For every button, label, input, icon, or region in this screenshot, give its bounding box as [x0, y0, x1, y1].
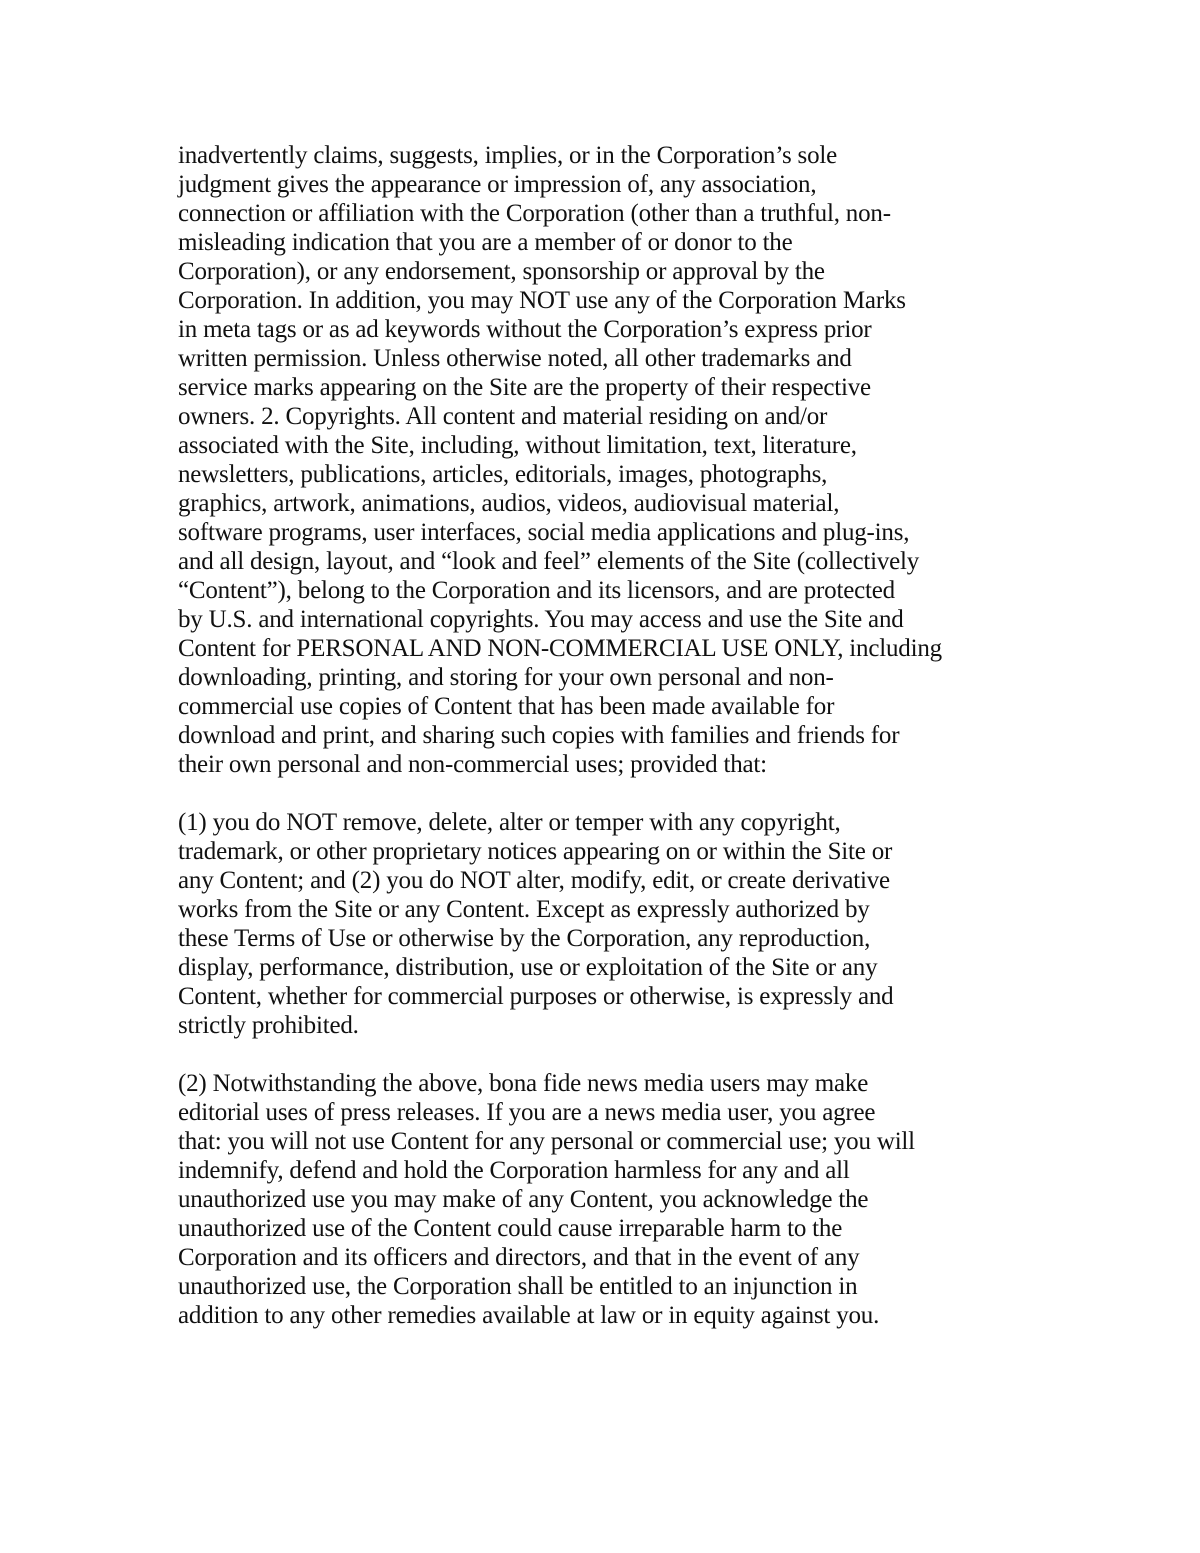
text-line: their own personal and non-commercial us… [178, 750, 1028, 779]
text-line: newsletters, publications, articles, edi… [178, 460, 1028, 489]
text-line: editorial uses of press releases. If you… [178, 1098, 1028, 1127]
text-line: “Content”), belong to the Corporation an… [178, 576, 1028, 605]
document-page: inadvertently claims, suggests, implies,… [178, 141, 1028, 1330]
text-line: misleading indication that you are a mem… [178, 228, 1028, 257]
text-line: that: you will not use Content for any p… [178, 1127, 1028, 1156]
text-line: any Content; and (2) you do NOT alter, m… [178, 866, 1028, 895]
text-line: (1) you do NOT remove, delete, alter or … [178, 808, 1028, 837]
text-line: and all design, layout, and “look and fe… [178, 547, 1028, 576]
paragraph-trademarks-copyrights: inadvertently claims, suggests, implies,… [178, 141, 1028, 779]
paragraph-news-media: (2) Notwithstanding the above, bona fide… [178, 1069, 1028, 1330]
text-line: display, performance, distribution, use … [178, 953, 1028, 982]
text-line: written permission. Unless otherwise not… [178, 344, 1028, 373]
text-line: in meta tags or as ad keywords without t… [178, 315, 1028, 344]
text-line: downloading, printing, and storing for y… [178, 663, 1028, 692]
text-line: strictly prohibited. [178, 1011, 1028, 1040]
text-line: Corporation. In addition, you may NOT us… [178, 286, 1028, 315]
text-line: owners. 2. Copyrights. All content and m… [178, 402, 1028, 431]
text-line: connection or affiliation with the Corpo… [178, 199, 1028, 228]
text-line: unauthorized use, the Corporation shall … [178, 1272, 1028, 1301]
text-line: associated with the Site, including, wit… [178, 431, 1028, 460]
text-line: inadvertently claims, suggests, implies,… [178, 141, 1028, 170]
text-line: by U.S. and international copyrights. Yo… [178, 605, 1028, 634]
text-line: Corporation), or any endorsement, sponso… [178, 257, 1028, 286]
text-line: unauthorized use you may make of any Con… [178, 1185, 1028, 1214]
text-line: trademark, or other proprietary notices … [178, 837, 1028, 866]
text-line: (2) Notwithstanding the above, bona fide… [178, 1069, 1028, 1098]
text-line: Corporation and its officers and directo… [178, 1243, 1028, 1272]
text-line: unauthorized use of the Content could ca… [178, 1214, 1028, 1243]
paragraph-conditions: (1) you do NOT remove, delete, alter or … [178, 808, 1028, 1040]
text-line: these Terms of Use or otherwise by the C… [178, 924, 1028, 953]
text-line: commercial use copies of Content that ha… [178, 692, 1028, 721]
text-line: download and print, and sharing such cop… [178, 721, 1028, 750]
text-line: judgment gives the appearance or impress… [178, 170, 1028, 199]
text-line: software programs, user interfaces, soci… [178, 518, 1028, 547]
text-line: graphics, artwork, animations, audios, v… [178, 489, 1028, 518]
text-line: Content, whether for commercial purposes… [178, 982, 1028, 1011]
text-line: addition to any other remedies available… [178, 1301, 1028, 1330]
text-line: indemnify, defend and hold the Corporati… [178, 1156, 1028, 1185]
text-line: Content for PERSONAL AND NON-COMMERCIAL … [178, 634, 1028, 663]
text-line: service marks appearing on the Site are … [178, 373, 1028, 402]
text-line: works from the Site or any Content. Exce… [178, 895, 1028, 924]
